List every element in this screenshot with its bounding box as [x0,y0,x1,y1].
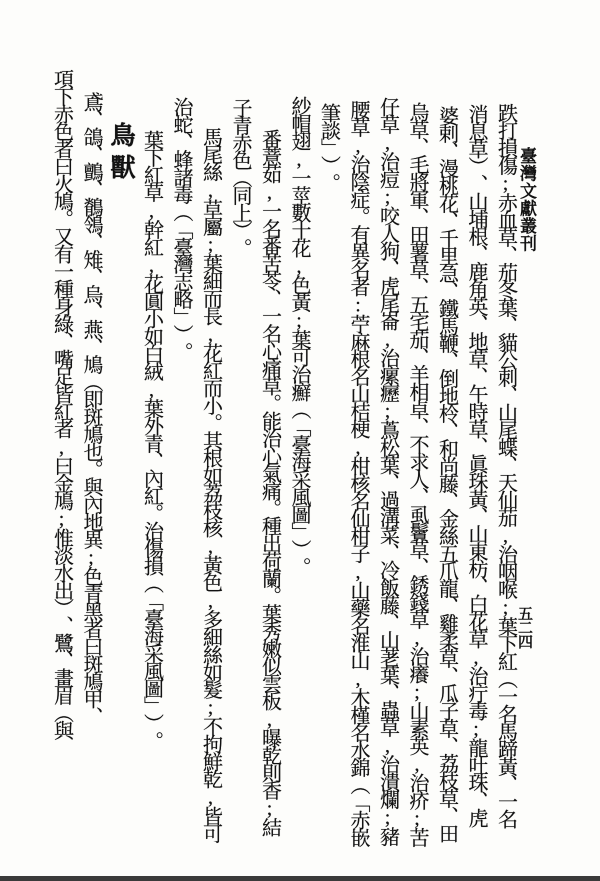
text-column: 腰草,治陰症。有異名者:苧麻根名山桔梗,柑核名仙柑子,山藥名淮山,木槿名水錦︵﹁… [343,66,373,866]
scan-bottom-edge-artifact [0,876,600,881]
text-column: 紗帽翅,一莖數十花,色黃;葉可治癬︵﹁臺海采風圖﹂︶。 [284,66,314,866]
text-column: 消息草︶、山埔根、鹿角英、地草、午時草、眞珠黃、山東枋、白花草,治疔毒;龍吐珠、… [461,66,491,866]
text-column: 葉下紅草,幹紅,花圓小如白絨,葉外青、內紅。治傷損︵﹁臺海采風圖﹂︶。 [136,66,166,866]
text-column: 馬尾絲,草屬;葉細而長,花紅而小。其根如荔枝核,黃色,多細絲如髮;不拘鮮乾,皆可 [195,66,225,866]
text-column: 項下赤色者曰火鳩。又有一種身綠、嘴足皆紅者,曰金鳩;惟淡水出︶、鷺、畫眉︵與 [46,66,76,866]
section-heading-birds-beasts: 鳥獸 [105,66,136,866]
text-column: 烏草、毛將軍、田薯草、五宅茄、羊相卓、不求人、虱鬢草、銹錢草,治癢;山素英,治疥… [402,66,432,866]
body-text-block: 跌打損傷;赤血草、茄冬葉、貓公刺、山尾蝶、天仙茄,治咽喉;葉下紅︵一名馬蹄黃、一… [46,66,520,866]
text-column: 鳶、鴿、鸇、鶺鴒、雉、烏、燕、鳩︵即斑鳩也。與內地異;色青黑者曰斑鳩甲、 [76,66,106,866]
text-column: 跌打損傷;赤血草、茄冬葉、貓公刺、山尾蝶、天仙茄,治咽喉;葉下紅︵一名馬蹄黃、一… [490,66,520,866]
text-column: 仔草,治痘;咬人狗、虎尾崙,治瘰癧;蔦松葉、過溝菜、冷飯藤、山荖葉、蟲草,治潰爛… [372,66,402,866]
scanned-book-page: 臺灣文獻叢刊 五二四 跌打損傷;赤血草、茄冬葉、貓公刺、山尾蝶、天仙茄,治咽喉;… [0,0,600,881]
text-column: 筆談﹂︶。 [313,66,343,866]
text-column: 治蛇、蜂諸毒︵﹁臺灣志略﹂︶。 [166,66,196,866]
text-column: 子青赤色︵同上︶。 [225,66,255,866]
text-column: 番薏茹,一名番苦苓、一名心痛草。能治心氣痛。種出荷蘭。葉秀嫩似雲板,曝乾則香;結 [254,66,284,866]
text-column: 婆剌、漫桃花、千里急、鐵馬鞭、倒地柃、和尚藤、金絲五爪龍、雞柔草、瓜子草、荔枝草… [431,66,461,866]
